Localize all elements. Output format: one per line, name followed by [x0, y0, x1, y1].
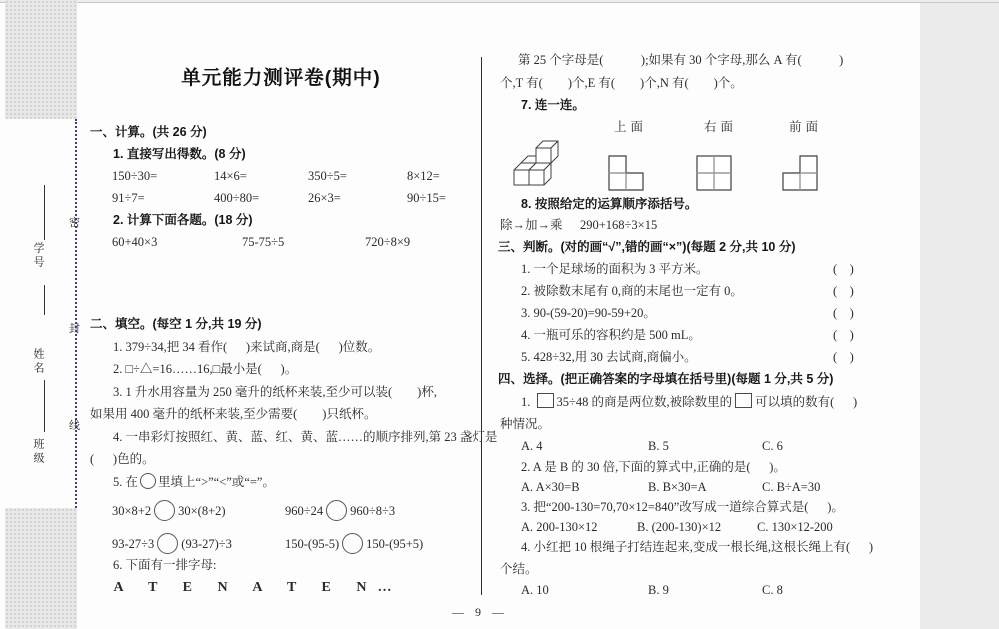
student-name-label: 姓名	[31, 348, 46, 376]
calc-item: 91÷7=	[112, 190, 145, 206]
fill-item-4-line2: ( )色的。	[90, 451, 155, 467]
judge-answer-paren: ( )	[833, 261, 854, 277]
section1-header: 一、计算。(共 26 分)	[90, 124, 207, 140]
choice-text: 可以填的数有( )	[755, 395, 857, 409]
fill-item-5-pre: 5. 在	[113, 475, 138, 489]
compare-circle-icon	[154, 500, 175, 521]
judge-answer-paren: ( )	[833, 327, 854, 343]
column-divider-rule	[481, 57, 482, 595]
student-info-writing-line	[44, 285, 45, 315]
choice-option: B. B×30=A	[648, 479, 707, 495]
compare-pair-3: 93-27÷3(93-27)÷3	[112, 533, 232, 554]
seal-char-feng: 封	[69, 320, 80, 336]
compare-pair-4: 150-(95-5)150-(95+5)	[285, 533, 423, 554]
calc-item: 150÷30=	[112, 168, 157, 184]
fill-item-3-line1: 3. 1 升水用容量为 250 毫升的纸杯来装,至少可以装( )杯,	[113, 384, 437, 400]
scanned-exam-page: { "page": { "number": "— 9 —" }, "margin…	[0, 0, 999, 629]
calc-item: 75-75÷5	[242, 234, 284, 250]
calc-item: 26×3=	[308, 190, 341, 206]
choice-text: 35÷48 的商是两位数,被除数里的	[557, 395, 733, 409]
page-number: — 9 —	[430, 605, 530, 620]
calc-item: 400÷80=	[214, 190, 259, 206]
page-top-edge	[0, 2, 999, 3]
fill-item-6-cont-line1: 第 25 个字母是( );如果有 30 个字母,那么 A 有( )	[518, 52, 843, 68]
compare-pair-2: 960÷24960÷8÷3	[285, 500, 395, 521]
judge-item: 2. 被除数末尾有 0,商的末尾也一定有 0。	[521, 283, 743, 299]
fill-item-8-stem: 8. 按照给定的运算顺序添括号。	[521, 196, 697, 212]
view-shape-front	[782, 155, 819, 192]
choice-option: B. 9	[648, 582, 669, 598]
student-class-label: 班级	[31, 438, 46, 466]
choice-option: A. 10	[521, 582, 549, 598]
seal-char-xian: 线	[69, 417, 80, 433]
blank-box-icon	[735, 393, 752, 408]
section2-header: 二、填空。(每空 1 分,共 19 分)	[90, 316, 262, 332]
fill-item-5-post: 里填上“>”“<”或“=”。	[158, 475, 275, 489]
view-label-front: 前面	[789, 119, 822, 135]
compare-right: 960÷8÷3	[350, 504, 395, 518]
choice-item-3: 3. 把“200-130=70,70×12=840”改写成一道综合算式是( )。	[521, 499, 844, 515]
student-info-writing-line	[44, 185, 45, 240]
compare-left: 960÷24	[285, 504, 323, 518]
judge-item: 4. 一瓶可乐的容积约是 500 mL。	[521, 327, 701, 343]
calc-item: 350÷5=	[308, 168, 347, 184]
calc-item: 8×12=	[407, 168, 440, 184]
choice-option: C. 6	[762, 438, 783, 454]
fill-item-4-line1: 4. 一串彩灯按照红、黄、蓝、红、黄、蓝……的顺序排列,第 23 盏灯是	[113, 429, 497, 445]
judge-answer-paren: ( )	[833, 305, 854, 321]
blank-box-icon	[537, 393, 554, 408]
judge-answer-paren: ( )	[833, 283, 854, 299]
letter-sequence: A T E N A T E N…	[113, 580, 403, 596]
judge-item: 3. 90-(59-20)=90-59+20。	[521, 305, 656, 321]
fill-item-3-line2: 如果用 400 毫升的纸杯来装,至少需要( )只纸杯。	[90, 406, 376, 422]
choice-item-1-line2: 种情况。	[500, 416, 550, 432]
section1-q2-stem: 2. 计算下面各题。(18 分)	[113, 212, 253, 228]
choice-item-4-line2: 个结。	[500, 561, 538, 577]
fill-item-2: 2. □÷△=16……16,□最小是( )。	[113, 361, 297, 377]
compare-left: 93-27÷3	[112, 537, 154, 551]
view-shape-right	[696, 155, 733, 192]
fill-item-5-stem: 5. 在里填上“>”“<”或“=”。	[113, 473, 275, 490]
student-number-label: 学号	[31, 242, 46, 270]
choice-item-2: 2. A 是 B 的 30 倍,下面的算式中,正确的是( )。	[521, 459, 786, 475]
choice-option: B. (200-130)×12	[637, 519, 721, 535]
judge-item: 5. 428÷32,用 30 去试商,商偏小。	[521, 349, 697, 365]
compare-left: 30×8+2	[112, 504, 151, 518]
judge-item: 1. 一个足球场的面积为 3 平方米。	[521, 261, 709, 277]
choice-option: A. 200-130×12	[521, 519, 598, 535]
fill-item-6-stem: 6. 下面有一排字母:	[113, 557, 216, 573]
student-info-writing-line	[44, 380, 45, 432]
view-shape-top	[608, 155, 645, 192]
section1-q1-stem: 1. 直接写出得数。(8 分)	[113, 146, 246, 162]
choice-item-4-line1: 4. 小红把 10 根绳子打结连起来,变成一根长绳,这根长绳上有( )	[521, 539, 873, 555]
fill-item-6-cont-line2: 个,T 有( )个,E 有( )个,N 有( )个。	[500, 75, 743, 91]
choice-text: 1.	[521, 395, 534, 409]
compare-left: 150-(95-5)	[285, 537, 339, 551]
choice-option: A. A×30=B	[521, 479, 580, 495]
binding-pattern-bottom	[5, 508, 77, 629]
section4-header: 四、选择。(把正确答案的字母填在括号里)(每题 1 分,共 5 分)	[498, 371, 833, 387]
compare-right: 150-(95+5)	[366, 537, 423, 551]
binding-pattern-top	[5, 0, 77, 119]
view-label-right: 右面	[704, 119, 737, 135]
compare-circle-icon	[342, 533, 363, 554]
choice-option: C. B÷A=30	[762, 479, 820, 495]
compare-pair-1: 30×8+230×(8+2)	[112, 500, 226, 521]
compare-circle-icon	[140, 473, 156, 489]
choice-option: A. 4	[521, 438, 543, 454]
judge-answer-paren: ( )	[833, 349, 854, 365]
view-label-top: 上面	[614, 119, 647, 135]
calc-item: 14×6=	[214, 168, 247, 184]
seal-char-mi: 密	[69, 214, 80, 230]
fill-item-7-stem: 7. 连一连。	[521, 97, 585, 113]
choice-option: C. 8	[762, 582, 783, 598]
calc-item: 90÷15=	[407, 190, 446, 206]
cube-stack-figure	[512, 132, 564, 190]
choice-option: C. 130×12-200	[757, 519, 833, 535]
operation-expression: 290+168÷3×15	[580, 217, 657, 233]
calc-item: 720÷8×9	[365, 234, 410, 250]
page-title: 单元能力测评卷(期中)	[90, 70, 472, 86]
fill-item-1: 1. 379÷34,把 34 看作( )来试商,商是( )位数。	[113, 339, 380, 355]
compare-circle-icon	[157, 533, 178, 554]
calc-item: 60+40×3	[112, 234, 157, 250]
choice-option: B. 5	[648, 438, 669, 454]
operation-order: 除→加→乘	[500, 217, 563, 233]
compare-right: (93-27)÷3	[181, 537, 232, 551]
section3-header: 三、判断。(对的画“√”,错的画“×”)(每题 2 分,共 10 分)	[498, 239, 796, 255]
compare-right: 30×(8+2)	[178, 504, 225, 518]
compare-circle-icon	[326, 500, 347, 521]
seal-dotted-line	[75, 119, 77, 508]
choice-item-1-line1: 1. 35÷48 的商是两位数,被除数里的可以填的数有( )	[521, 393, 857, 410]
